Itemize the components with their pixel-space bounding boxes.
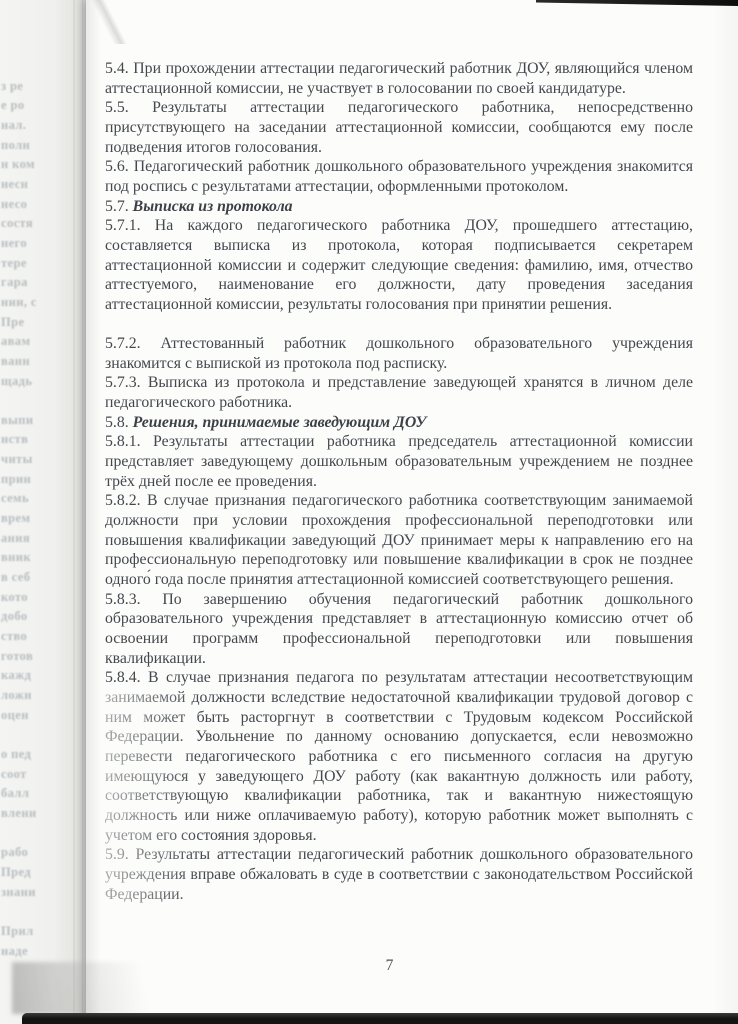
document-body: 5.4. При прохождении аттестации педагоги… (105, 59, 693, 904)
book-gutter-strip: з ре е ро нал. полн н ком несн несо сост… (0, 0, 86, 1024)
paragraph-5-9: 5.9. Результаты аттестации педагогически… (105, 845, 693, 904)
scanned-document-page: з ре е ро нал. полн н ком несн несо сост… (0, 0, 738, 1024)
paragraph-number: 5.8.3. (105, 591, 141, 608)
paragraph-number: 5.8.2. (105, 492, 141, 509)
paragraph-text: Аттестованный работник дошкольного образ… (105, 335, 693, 372)
paragraph-number: 5.7.3. (105, 374, 141, 391)
heading-title: Выписка из протокола (133, 198, 293, 215)
paragraph-number: 5.8.4. (105, 669, 141, 686)
paragraph-text: Педагогический работник дошкольного обра… (105, 158, 693, 195)
page-right-shade (712, 0, 738, 1024)
paragraph-5-8-1: 5.8.1. Результаты аттестации работника п… (105, 432, 693, 491)
page-bottom-left-shadow (12, 962, 180, 1014)
paragraph-text: В случае признания педагогического работ… (105, 492, 693, 588)
paragraph-number: 5.7.1. (105, 217, 141, 234)
bleed-through-text: з ре е ро нал. полн н ком несн несо сост… (1, 57, 59, 967)
paragraph-text: Результаты аттестации работника председа… (105, 433, 693, 489)
heading-title: Решения, принимаемые заведующим ДОУ (133, 414, 427, 431)
page-number: 7 (105, 957, 675, 975)
paragraph-number: 5.4. (105, 60, 129, 77)
paragraph-text: Результаты аттестации педагогический раб… (105, 846, 693, 902)
paragraph-number: 5.7.2. (105, 335, 141, 352)
paragraph-number: 5.9. (105, 846, 129, 863)
section-heading-5-7: 5.7. Выписка из протокола (105, 197, 693, 217)
paragraph-text: На каждого педагогического работника ДОУ… (105, 217, 693, 313)
section-heading-5-8: 5.8. Решения, принимаемые заведующим ДОУ (105, 413, 693, 433)
page-corner-fold (78, 0, 138, 44)
paragraph-5-8-4: 5.8.4. В случае признания педагога по ре… (105, 668, 693, 845)
paragraph-5-8-2: 5.8.2. В случае признания педагогическог… (105, 491, 693, 589)
scanner-edge-bottom (22, 1013, 738, 1024)
paragraph-text: Результаты аттестации педагогического ра… (105, 99, 693, 155)
paragraph-text: В случае признания педагога по результат… (105, 669, 693, 843)
paragraph-text: По завершению обучения педагогический ра… (105, 591, 693, 667)
paragraph-text: При прохождении аттестации педагогически… (105, 60, 693, 97)
paragraph-5-8-3: 5.8.3. По завершению обучения педагогиче… (105, 590, 693, 669)
paragraph-number: 5.5. (105, 99, 129, 116)
heading-number: 5.7. (105, 198, 129, 215)
paragraph-5-7-1: 5.7.1. На каждого педагогического работн… (105, 216, 693, 314)
paragraph-5-4: 5.4. При прохождении аттестации педагоги… (105, 59, 693, 98)
paragraph-5-5: 5.5. Результаты аттестации педагогическо… (105, 98, 693, 157)
heading-number: 5.8. (105, 414, 129, 431)
gutter-seam-line (73, 0, 75, 1024)
paragraph-5-7-2: 5.7.2. Аттестованный работник дошкольног… (105, 334, 693, 373)
paragraph-number: 5.6. (105, 158, 129, 175)
paragraph-number: 5.8.1. (105, 433, 141, 450)
paragraph-5-7-3: 5.7.3. Выписка из протокола и представле… (105, 373, 693, 412)
gutter-seam-line (82, 0, 83, 1024)
paragraph-text: Выписка из протокола и представление зав… (105, 374, 693, 411)
paragraph-5-6: 5.6. Педагогический работник дошкольного… (105, 157, 693, 196)
page-left-shadow (86, 0, 101, 1024)
page-sheet: 5.4. При прохождении аттестации педагоги… (86, 0, 738, 1024)
